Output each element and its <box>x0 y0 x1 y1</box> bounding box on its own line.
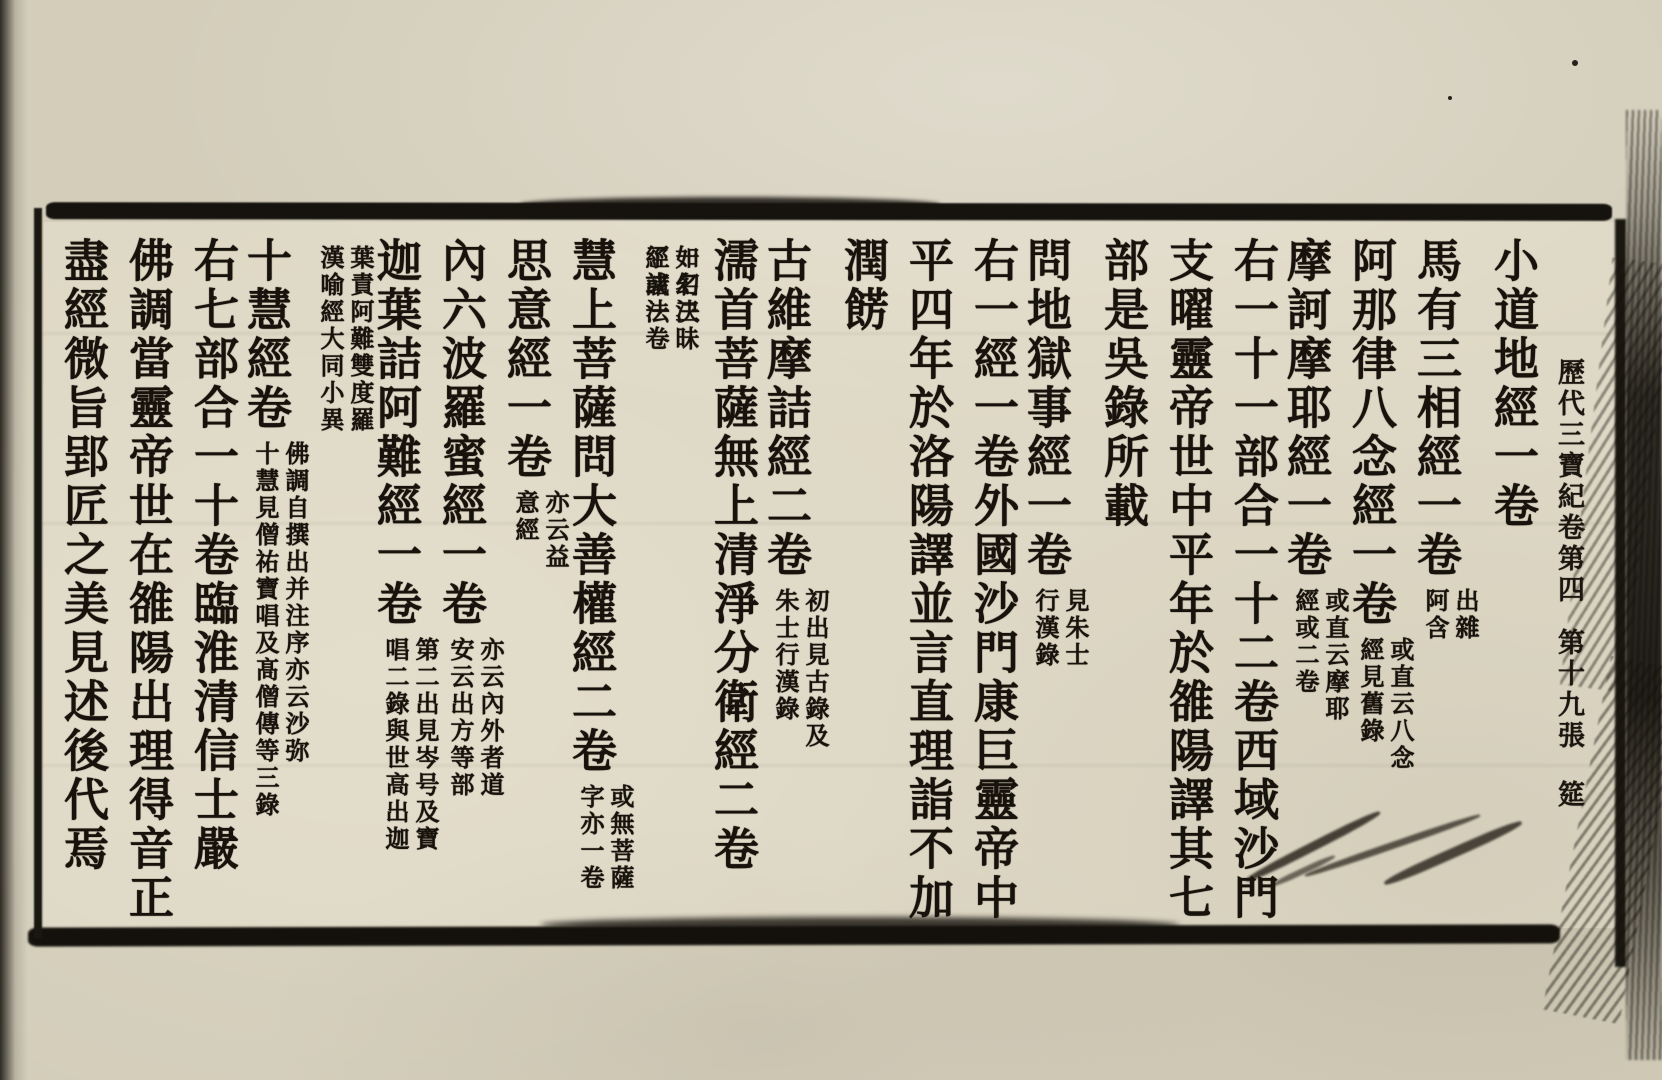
entry-text: 小道地經一卷 <box>1486 237 1539 531</box>
annotation-line-1: 或無菩薩 <box>605 784 635 892</box>
annotation-line-1: 或直云八念 <box>1385 637 1415 772</box>
entry-annotation: 初出見古錄及朱士行漢錄 <box>770 588 830 750</box>
annotation-line-1: 一名決 <box>670 245 700 326</box>
entry-annotation: 出雜阿含 <box>1420 588 1480 642</box>
entry-text: 阿那律八念經一卷 <box>1344 237 1397 629</box>
text-column: 小道地經一卷 <box>1480 237 1545 930</box>
annotation-line-2: 經或二卷 <box>1290 588 1320 723</box>
annotation-line-2: 朱士行漢錄 <box>770 588 800 750</box>
entry-text: 馬有三相經一卷 <box>1409 237 1462 580</box>
text-column: 潤餝 <box>830 237 895 930</box>
text-column: 平四年於洛陽譯並言直理詣不加 <box>895 237 960 930</box>
entry-text: 古維摩詰經二卷 <box>759 237 812 580</box>
annotation-line-2: 行漢錄 <box>1030 588 1060 669</box>
annotation-line-1: 佛調自撰出并注序亦云沙弥 <box>280 441 310 819</box>
text-column: 問地獄事經一卷見朱士行漢錄 <box>1025 237 1090 930</box>
entry-annotation: 佛調自撰出并注序亦云沙弥十慧見僧祐寶唱及髙僧傳等三錄 <box>250 441 310 819</box>
case-character: 筵 <box>1549 780 1588 811</box>
text-column: 部是吳錄所載 <box>1090 237 1155 930</box>
text-column: 馬有三相經一卷出雜阿含 <box>1415 237 1480 930</box>
annotation-line-1: 出雜 <box>1450 588 1480 642</box>
annotation-line-1: 初出見古錄及 <box>800 588 830 750</box>
entry-text: 內六波羅蜜經一卷 <box>434 237 487 629</box>
text-column: 盡經微旨郢匠之美見述後代焉 <box>50 237 115 930</box>
entry-text: 部是吳錄所載 <box>1096 237 1149 531</box>
entry-text: 潤餝 <box>836 237 889 335</box>
binding-shadow <box>0 0 28 1080</box>
entry-annotation: 亦云內外者道安云出方等部 <box>445 637 505 799</box>
annotation-line-2: 阿含 <box>1420 588 1450 642</box>
text-column: 古維摩詰經二卷初出見古錄及朱士行漢錄 <box>765 237 830 930</box>
ink-speck <box>1572 60 1578 66</box>
entry-text: 支曜靈帝世中平年於雒陽譯其七 <box>1161 237 1214 923</box>
annotation-line-2: 了諸法 <box>640 245 670 326</box>
annotation-line-2: 經見舊錄 <box>1355 637 1385 772</box>
margin-title-column: 歷代三寶紀卷第四第十九張筵 <box>1549 358 1588 918</box>
text-column: 佛調當靈帝世在雒陽出理得音正 <box>115 237 180 930</box>
sheet-number: 第十九張 <box>1549 628 1588 752</box>
frame-border-left <box>34 208 42 938</box>
volume-title: 歷代三寶紀卷第四 <box>1553 358 1584 606</box>
entry-text: 平四年於洛陽譯並言直理詣不加 <box>901 237 954 923</box>
entry-text: 右一經一卷外國沙門康巨靈帝中 <box>966 237 1019 923</box>
entry-annotation: 或無菩薩字亦一卷 <box>575 784 635 892</box>
entry-text: 十慧經卷 <box>239 237 292 433</box>
entry-text: 濡首菩薩無上清淨分衛經二卷 <box>706 237 759 874</box>
scanned-page: 歷代三寶紀卷第四第十九張筵 小道地經一卷 馬有三相經一卷出雜阿含 阿那律八念經一… <box>0 0 1662 1080</box>
entry-text: 右一十一部合一十二卷西域沙門 <box>1226 237 1279 923</box>
frame-border-top-blotch <box>520 197 940 212</box>
text-block: 小道地經一卷 馬有三相經一卷出雜阿含 阿那律八念經一卷或直云八念經見舊錄 摩訶摩… <box>50 237 1545 930</box>
annotation-line-1: 亦云內外者道 <box>475 637 505 799</box>
text-column: 如幻三昧經或一卷 <box>635 237 700 930</box>
ink-speck <box>1448 96 1452 100</box>
entry-text: 思意經一卷 <box>499 237 552 482</box>
annotation-line-2: 漢喻經大同小異 <box>315 245 345 434</box>
annotation-line-2: 十慧見僧祐寶唱及髙僧傳等三錄 <box>250 441 280 819</box>
entry-text: 右七部合一十卷臨淮清信士嚴 <box>186 237 239 874</box>
entry-text: 慧上菩薩問大善權經二卷 <box>564 237 617 776</box>
text-column: 支曜靈帝世中平年於雒陽譯其七 <box>1155 237 1220 930</box>
annotation-line-2: 字亦一卷 <box>575 784 605 892</box>
entry-text: 問地獄事經一卷 <box>1019 237 1072 580</box>
entry-text: 迦葉詰阿難經一卷 <box>369 237 422 629</box>
entry-annotation: 一名決了諸法 <box>640 245 700 326</box>
entry-annotation: 或直云八念經見舊錄 <box>1355 637 1415 772</box>
entry-annotation: 見朱士行漢錄 <box>1030 588 1090 669</box>
annotation-line-2: 安云出方等部 <box>445 637 475 799</box>
annotation-line-2: 唱二錄與世高出迦 <box>380 637 410 853</box>
entry-text: 摩訶摩耶經一卷 <box>1279 237 1332 580</box>
annotation-line-2: 意經 <box>510 490 540 571</box>
entry-text: 佛調當靈帝世在雒陽出理得音正 <box>121 237 174 923</box>
entry-text: 盡經微旨郢匠之美見述後代焉 <box>56 237 109 874</box>
annotation-line-1: 見朱士 <box>1060 588 1090 669</box>
